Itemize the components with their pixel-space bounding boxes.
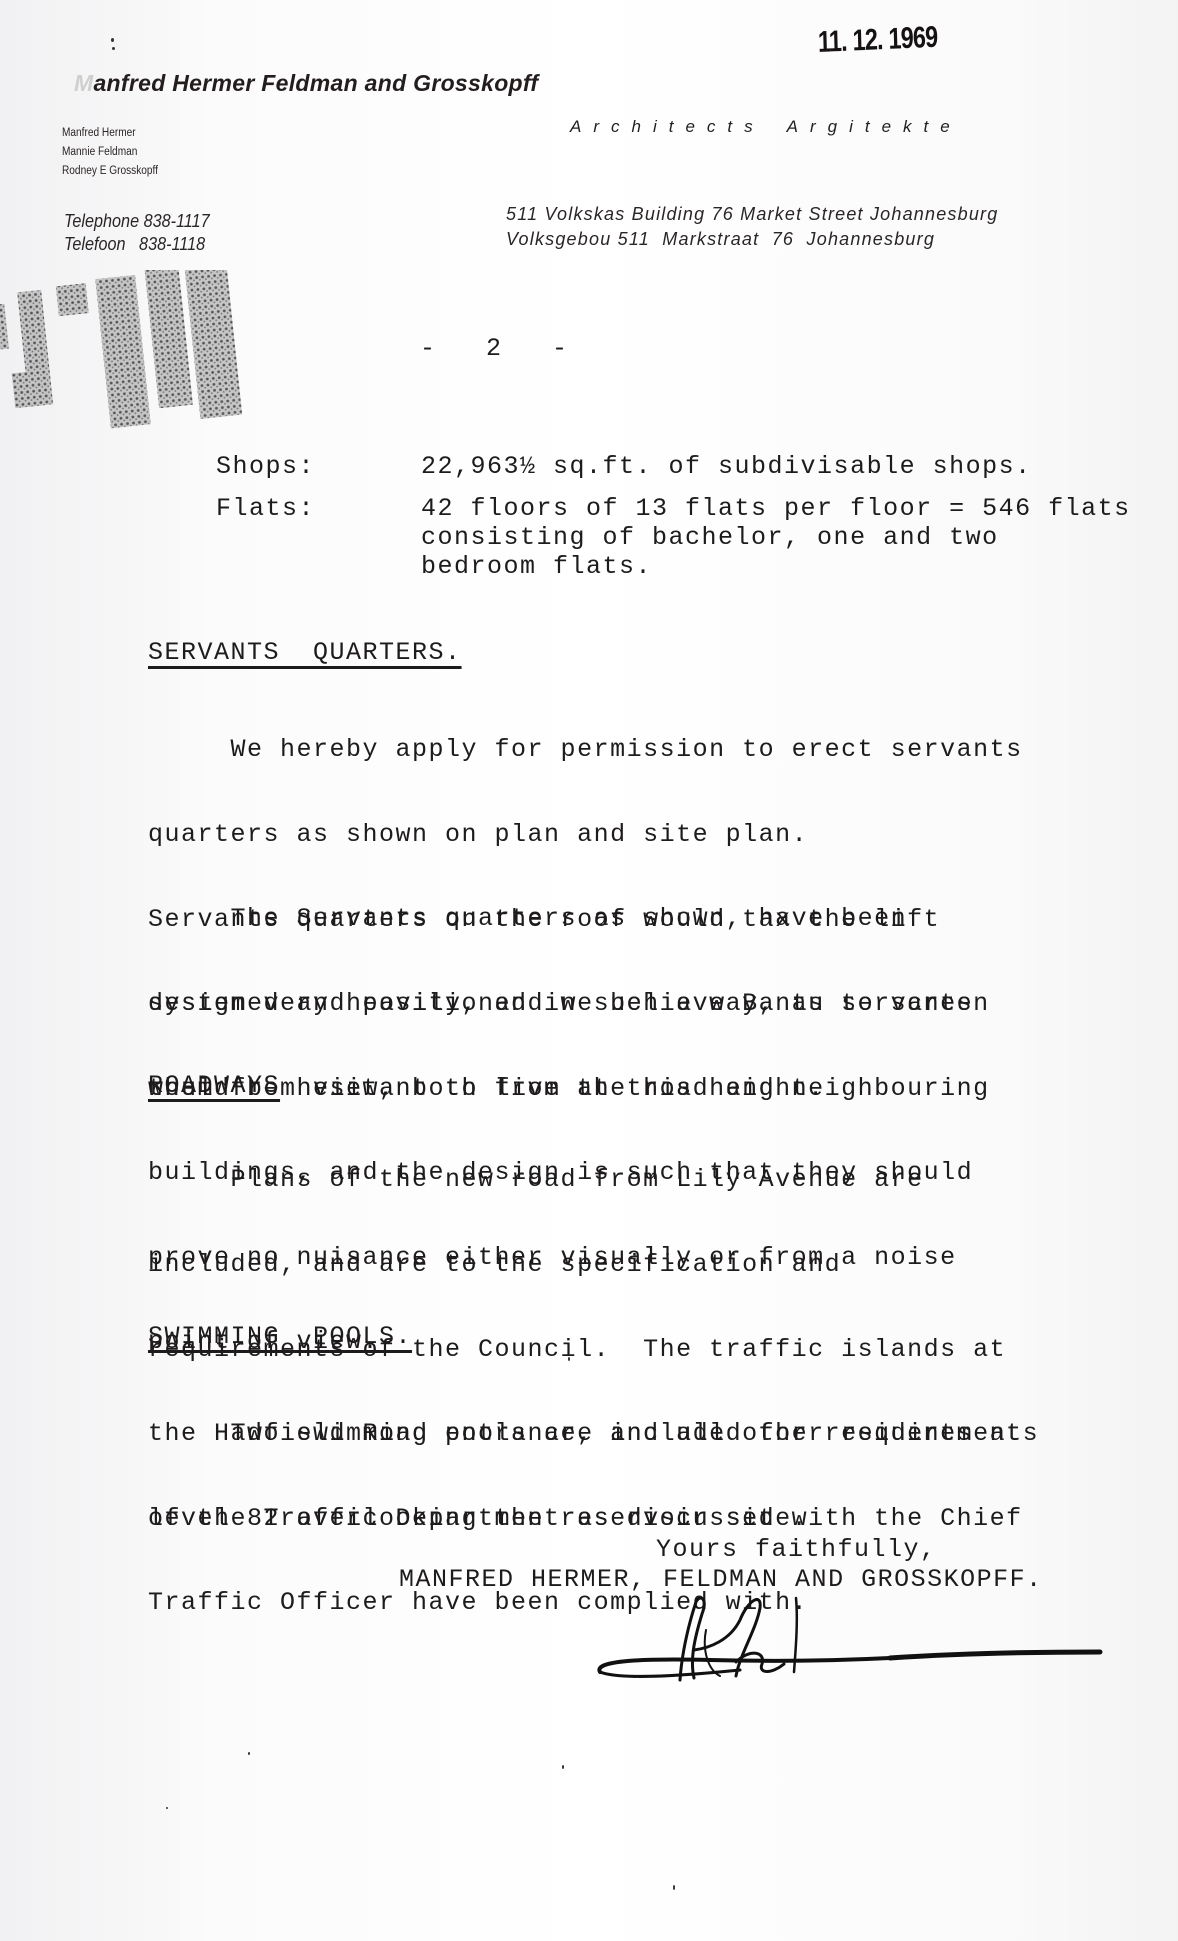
shops-value: 22,963½ sq.ft. of subdivisable shops. <box>421 452 1032 481</box>
firm-name-text: anfred Hermer Feldman and Grosskopff <box>93 70 538 96</box>
heading-roadways: ROADWAYS <box>148 1071 280 1100</box>
handwritten-signature-icon <box>590 1590 1110 1700</box>
paper-speck <box>111 38 114 42</box>
text-line: quarters as shown on plan and site plan. <box>148 821 1023 849</box>
profession-tagline: ArchitectsArgitekte <box>570 117 962 137</box>
text-line: Plans of the new road from Lily Avenue a… <box>148 1166 1039 1194</box>
flats-value-line: bedroom flats. <box>421 552 652 581</box>
rubber-stamp-mark-icon <box>0 270 290 470</box>
phone-block: Telephone 838-1117 Telefoon 838-1118 <box>64 210 226 256</box>
partner-list: Manfred Hermer Mannie Feldman Rodney E G… <box>62 124 171 181</box>
text-line: Two swimming pools are included for resi… <box>148 1420 1023 1448</box>
heading-servants-quarters: SERVANTS QUARTERS. <box>148 638 462 667</box>
paper-speck <box>568 1357 570 1361</box>
paragraph-swimming-pools: Two swimming pools are included for resi… <box>148 1364 1023 1561</box>
partner-name: Mannie Feldman <box>62 143 158 162</box>
text-line: included, and are to the specification a… <box>148 1251 1039 1279</box>
text-line: We hereby apply for permission to erect … <box>148 736 1023 764</box>
address-afrikaans: Volksgebou 511 Markstraat 76 Johannesbur… <box>506 227 998 252</box>
flats-value-line: consisting of bachelor, one and two <box>421 523 999 552</box>
partner-name: Manfred Hermer <box>62 124 158 143</box>
paper-speck <box>673 1885 675 1890</box>
date-stamp: 11. 12. 1969 <box>818 21 938 60</box>
tagline-afrikaans: Argitekte <box>787 117 962 136</box>
text-line: The Servants quarters as shown, have bee… <box>148 905 990 933</box>
address-english: 511 Volkskas Building 76 Market Street J… <box>506 202 998 227</box>
tagline-english: Architects <box>570 117 765 136</box>
shops-label: Shops: <box>216 452 315 481</box>
page-number: - 2 - <box>420 334 569 363</box>
text-line: designed and positioned in such a way, a… <box>148 990 990 1018</box>
telefoon-line: Telefoon 838-1118 <box>64 233 210 256</box>
telephone-line: Telephone 838-1117 <box>64 210 210 233</box>
partner-name: Rodney E Grosskopff <box>62 162 158 181</box>
paper-speck <box>248 1752 250 1755</box>
closing-salutation: Yours faithfully, <box>656 1535 937 1564</box>
firm-name-faded-initial: M <box>74 70 93 96</box>
paper-speck <box>562 1765 564 1769</box>
heading-swimming-pools: SWIMMING POOLS. <box>148 1322 412 1351</box>
firm-name: Manfred Hermer Feldman and Grosskopff <box>74 70 538 97</box>
text-line: level 82 overlooking the reservoir site. <box>148 1505 1023 1533</box>
paper-speck <box>166 1807 168 1809</box>
flats-value-line: 42 floors of 13 flats per floor = 546 fl… <box>421 494 1131 523</box>
address-block: 511 Volkskas Building 76 Market Street J… <box>506 202 998 252</box>
paper-speck <box>112 47 115 50</box>
flats-label: Flats: <box>216 494 315 523</box>
